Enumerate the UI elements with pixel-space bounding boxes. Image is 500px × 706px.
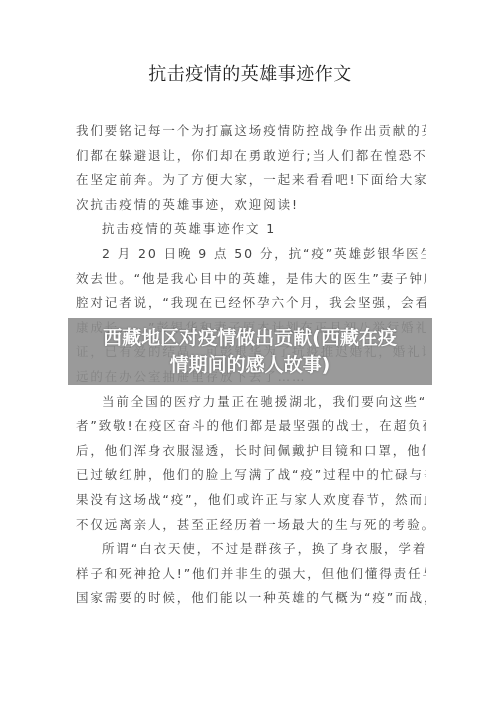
headline-banner: 西藏地区对疫情做出贡献(西藏在疫 情期间的感人故事) [68, 318, 432, 385]
text-line: 已过敏红肿，他们的脸上写满了战“疫”过程中的忙碌与辛酸。如 [76, 463, 426, 488]
text-line: 所谓“白衣天使，不过是群孩子，换了身衣服，学着前辈的 [76, 537, 426, 562]
text-line: 国家需要的时候，他们能以一种英雄的气概为“疫”而战，用汗水 [76, 586, 426, 611]
text-line: 后，他们浑身衣服湿透，长时间佩戴护目镜和口罩，他们的脸颊都 [76, 439, 426, 464]
text-line: 者”致敬!在疫区奋斗的他们都是最坚强的战士，在超负荷的工作 [76, 414, 426, 439]
text-line: 腔对记者说，“我现在已经怀孕六个月，我会坚强，会看着宝宝健 [76, 291, 426, 316]
text-line: 当前全国的医疗力量正在驰援湖北，我们要向这些“逆行 [76, 390, 426, 415]
text-line: 不仅远离亲人，甚至正经历着一场最大的生与死的考验。 [76, 513, 426, 538]
document-page: 抗击疫情的英雄事迹作文 我们要铭记每一个为打赢这场疫情防控战争作出贡献的英雄，当… [0, 0, 500, 706]
headline-line-1: 西藏地区对疫情做出贡献(西藏在疫 [103, 325, 397, 352]
document-title: 抗击疫情的英雄事迹作文 [0, 60, 500, 86]
text-line: 们都在躲避退让，你们却在勇敢逆行;当人们都在惶恐不安，你们却 [76, 144, 426, 169]
text-line: 果没有这场战“疫”，他们或许正与家人欢度春节，然而此刻的他们 [76, 488, 426, 513]
text-line: 样子和死神抢人!”他们并非生的强大，但他们懂得责任与担当，在 [76, 562, 426, 587]
text-line: 效去世。“他是我心目中的英雄，是伟大的医生”妻子钟欣带着哭 [76, 267, 426, 292]
text-line: 我们要铭记每一个为打赢这场疫情防控战争作出贡献的英雄，当人 [76, 119, 426, 144]
headline-line-2: 情期间的感人故事) [170, 352, 331, 379]
text-line: 2 月 20 日晚 9 点 50 分，抗“疫”英雄彭银华医生经抢救无 [76, 242, 426, 267]
text-line: 次抗击疫情的英雄事迹，欢迎阅读! [76, 193, 426, 218]
text-line: 抗击疫情的英雄事迹作文 1 [76, 217, 426, 242]
text-line: 在坚定前奔。为了方便大家，一起来看看吧!下面给大家分享关于这 [76, 168, 426, 193]
